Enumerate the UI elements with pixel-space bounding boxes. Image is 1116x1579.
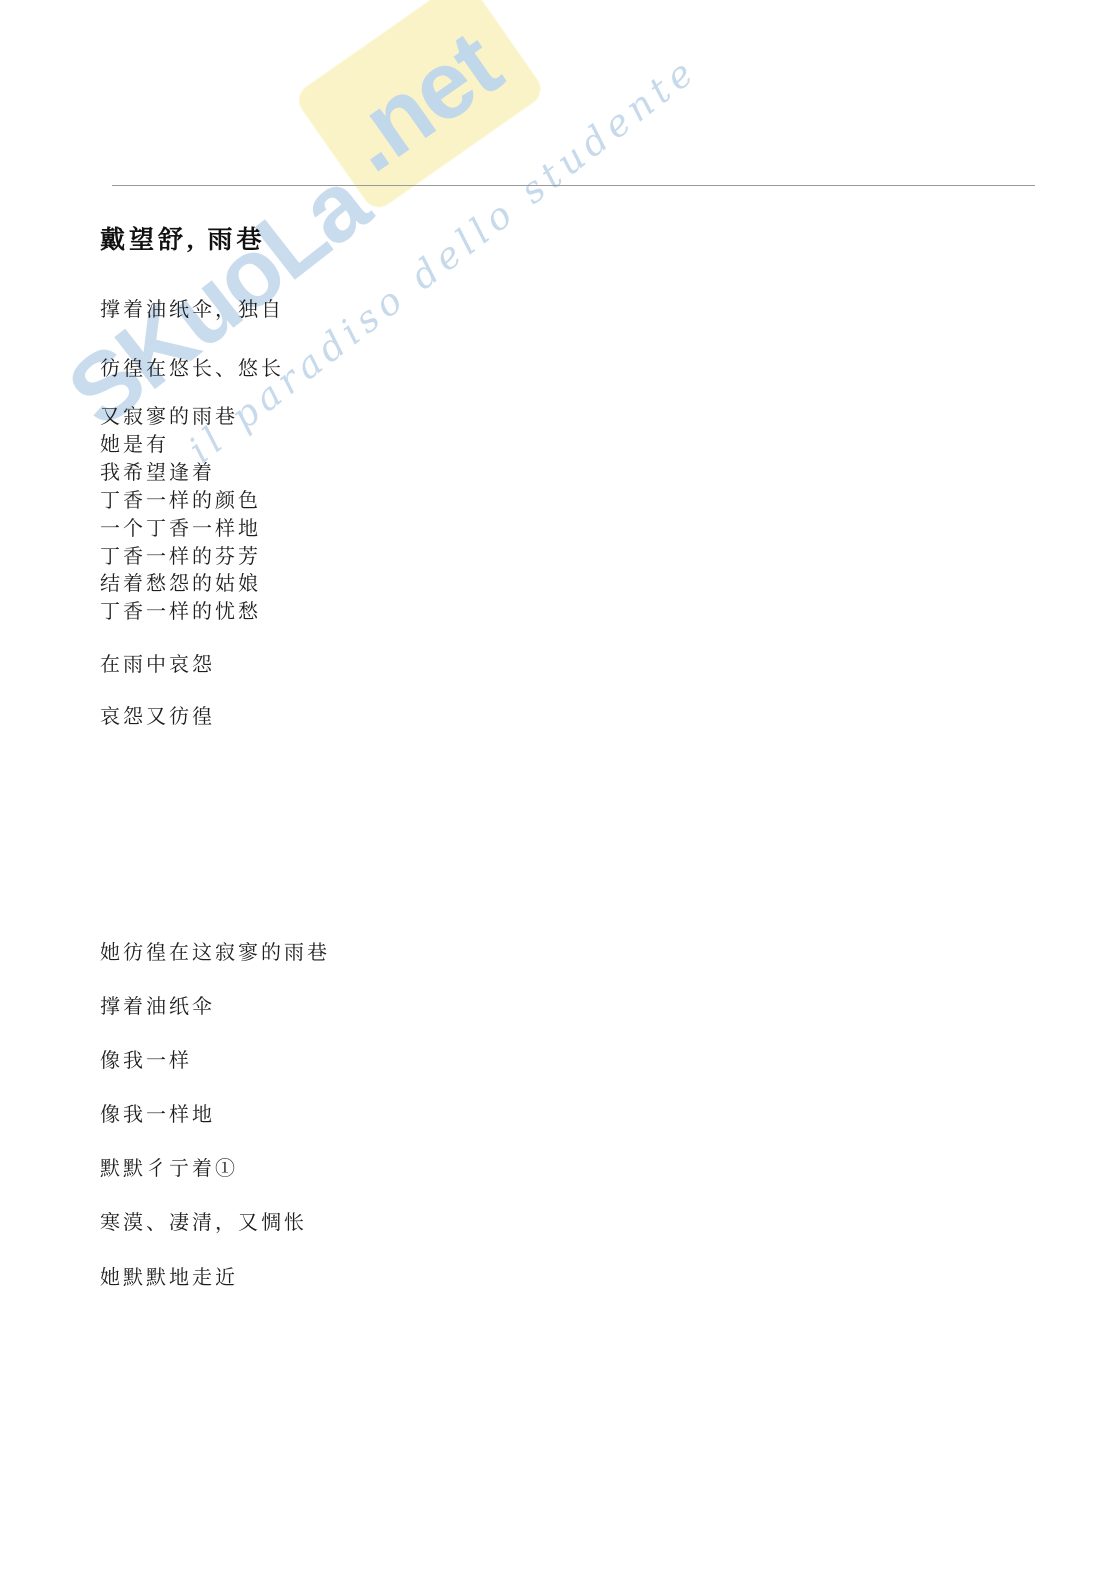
poem-line-14: 撑着油纸伞 — [100, 990, 215, 1019]
poem-line-18: 寒漠、凄清，又惆怅 — [100, 1206, 307, 1235]
poem-line-08: 丁香一样的芬芳 — [100, 540, 261, 569]
skuola-slogan: il paradiso dello studente — [181, 48, 706, 471]
poem-line-06: 丁香一样的颜色 — [100, 484, 261, 513]
document-page: SKuoLa.net il paradiso dello studente 戴望… — [0, 0, 1116, 1579]
poem-line-04: 她是有 — [100, 428, 169, 457]
poem-line-19: 她默默地走近 — [100, 1261, 238, 1290]
skuola-net-text: .net — [323, 12, 518, 193]
poem-line-12: 哀怨又彷徨 — [100, 700, 215, 729]
poem-line-09: 结着愁怨的姑娘 — [100, 567, 261, 596]
poem-line-02: 彷徨在悠长、悠长 — [100, 352, 284, 381]
poem-line-05: 我希望逢着 — [100, 456, 215, 485]
poem-line-01: 撑着油纸伞，独自 — [100, 293, 284, 322]
skuola-net-tag: .net — [293, 0, 545, 213]
poem-title: 戴望舒, 雨巷 — [100, 220, 266, 256]
poem-line-16: 像我一样地 — [100, 1098, 215, 1127]
section-divider — [112, 185, 1035, 186]
poem-line-03: 又寂寥的雨巷 — [100, 400, 238, 429]
poem-line-10: 丁香一样的忧愁 — [100, 595, 261, 624]
poem-line-07: 一个丁香一样地 — [100, 512, 261, 541]
poem-line-15: 像我一样 — [100, 1044, 192, 1073]
poem-line-13: 她彷徨在这寂寥的雨巷 — [100, 936, 330, 965]
poem-line-11: 在雨中哀怨 — [100, 648, 215, 677]
poem-line-17: 默默彳亍着① — [100, 1152, 238, 1181]
